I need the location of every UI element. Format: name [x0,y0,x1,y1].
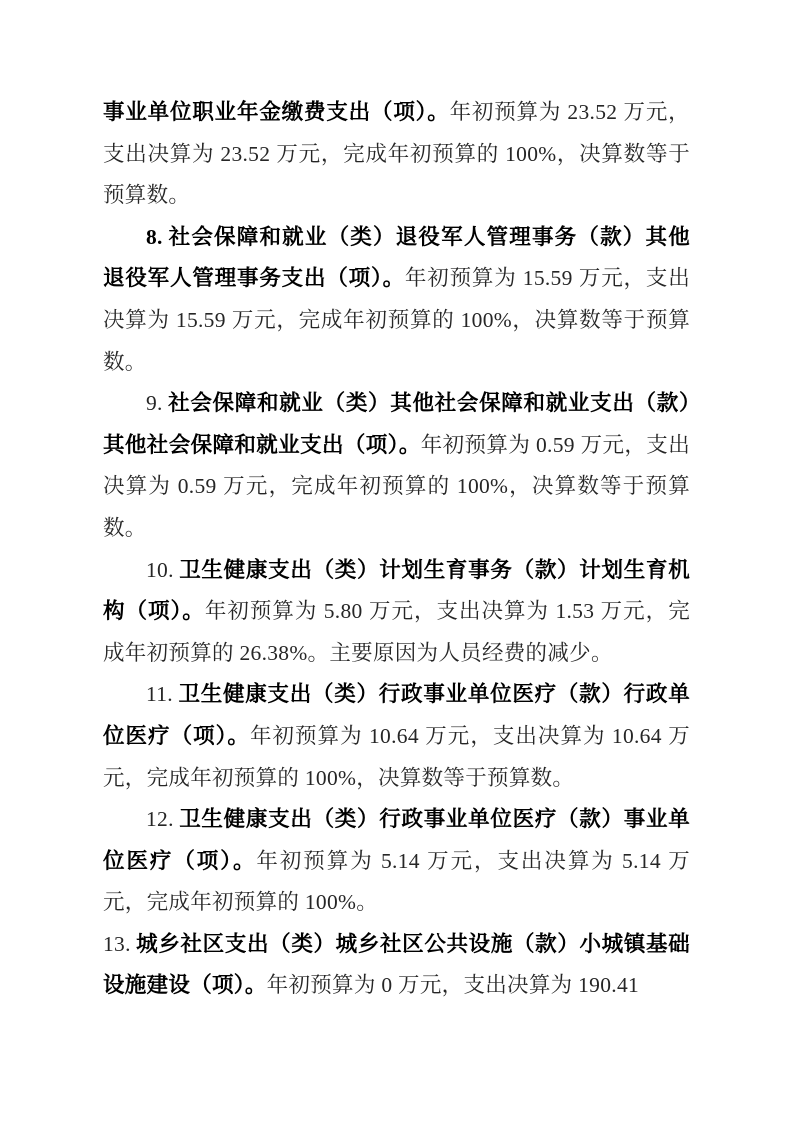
paragraph: 事业单位职业年金缴费支出（项）。年初预算为 23.52 万元，支出决算为 23.… [103,92,690,217]
paragraph: 9.社会保障和就业（类）其他社会保障和就业支出（款）其他社会保障和就业支出（项）… [103,383,690,549]
paragraph-heading: 事业单位职业年金缴费支出（项）。 [103,100,450,124]
paragraph: 11.卫生健康支出（类）行政事业单位医疗（款）行政单位医疗（项）。年初预算为 1… [103,674,690,799]
paragraph-number: 10. [146,558,174,582]
paragraph-number: 11. [146,682,173,706]
paragraph-number: 13. [103,932,131,956]
paragraph: 8.社会保障和就业（类）退役军人管理事务（款）其他退役军人管理事务支出（项）。年… [103,217,690,383]
paragraph-body: 年初预算为 0 万元，支出决算为 190.41 [267,973,639,997]
paragraph-number: 12. [146,807,174,831]
paragraph: 13.城乡社区支出（类）城乡社区公共设施（款）小城镇基础设施建设（项）。年初预算… [103,924,690,1007]
paragraph-number: 9. [146,391,163,415]
document-page: 事业单位职业年金缴费支出（项）。年初预算为 23.52 万元，支出决算为 23.… [0,0,793,1122]
paragraph: 12.卫生健康支出（类）行政事业单位医疗（款）事业单位医疗（项）。年初预算为 5… [103,799,690,924]
paragraph: 10.卫生健康支出（类）计划生育事务（款）计划生育机构（项）。年初预算为 5.8… [103,550,690,675]
document-content: 事业单位职业年金缴费支出（项）。年初预算为 23.52 万元，支出决算为 23.… [103,92,690,1007]
paragraph-number: 8. [146,225,163,249]
